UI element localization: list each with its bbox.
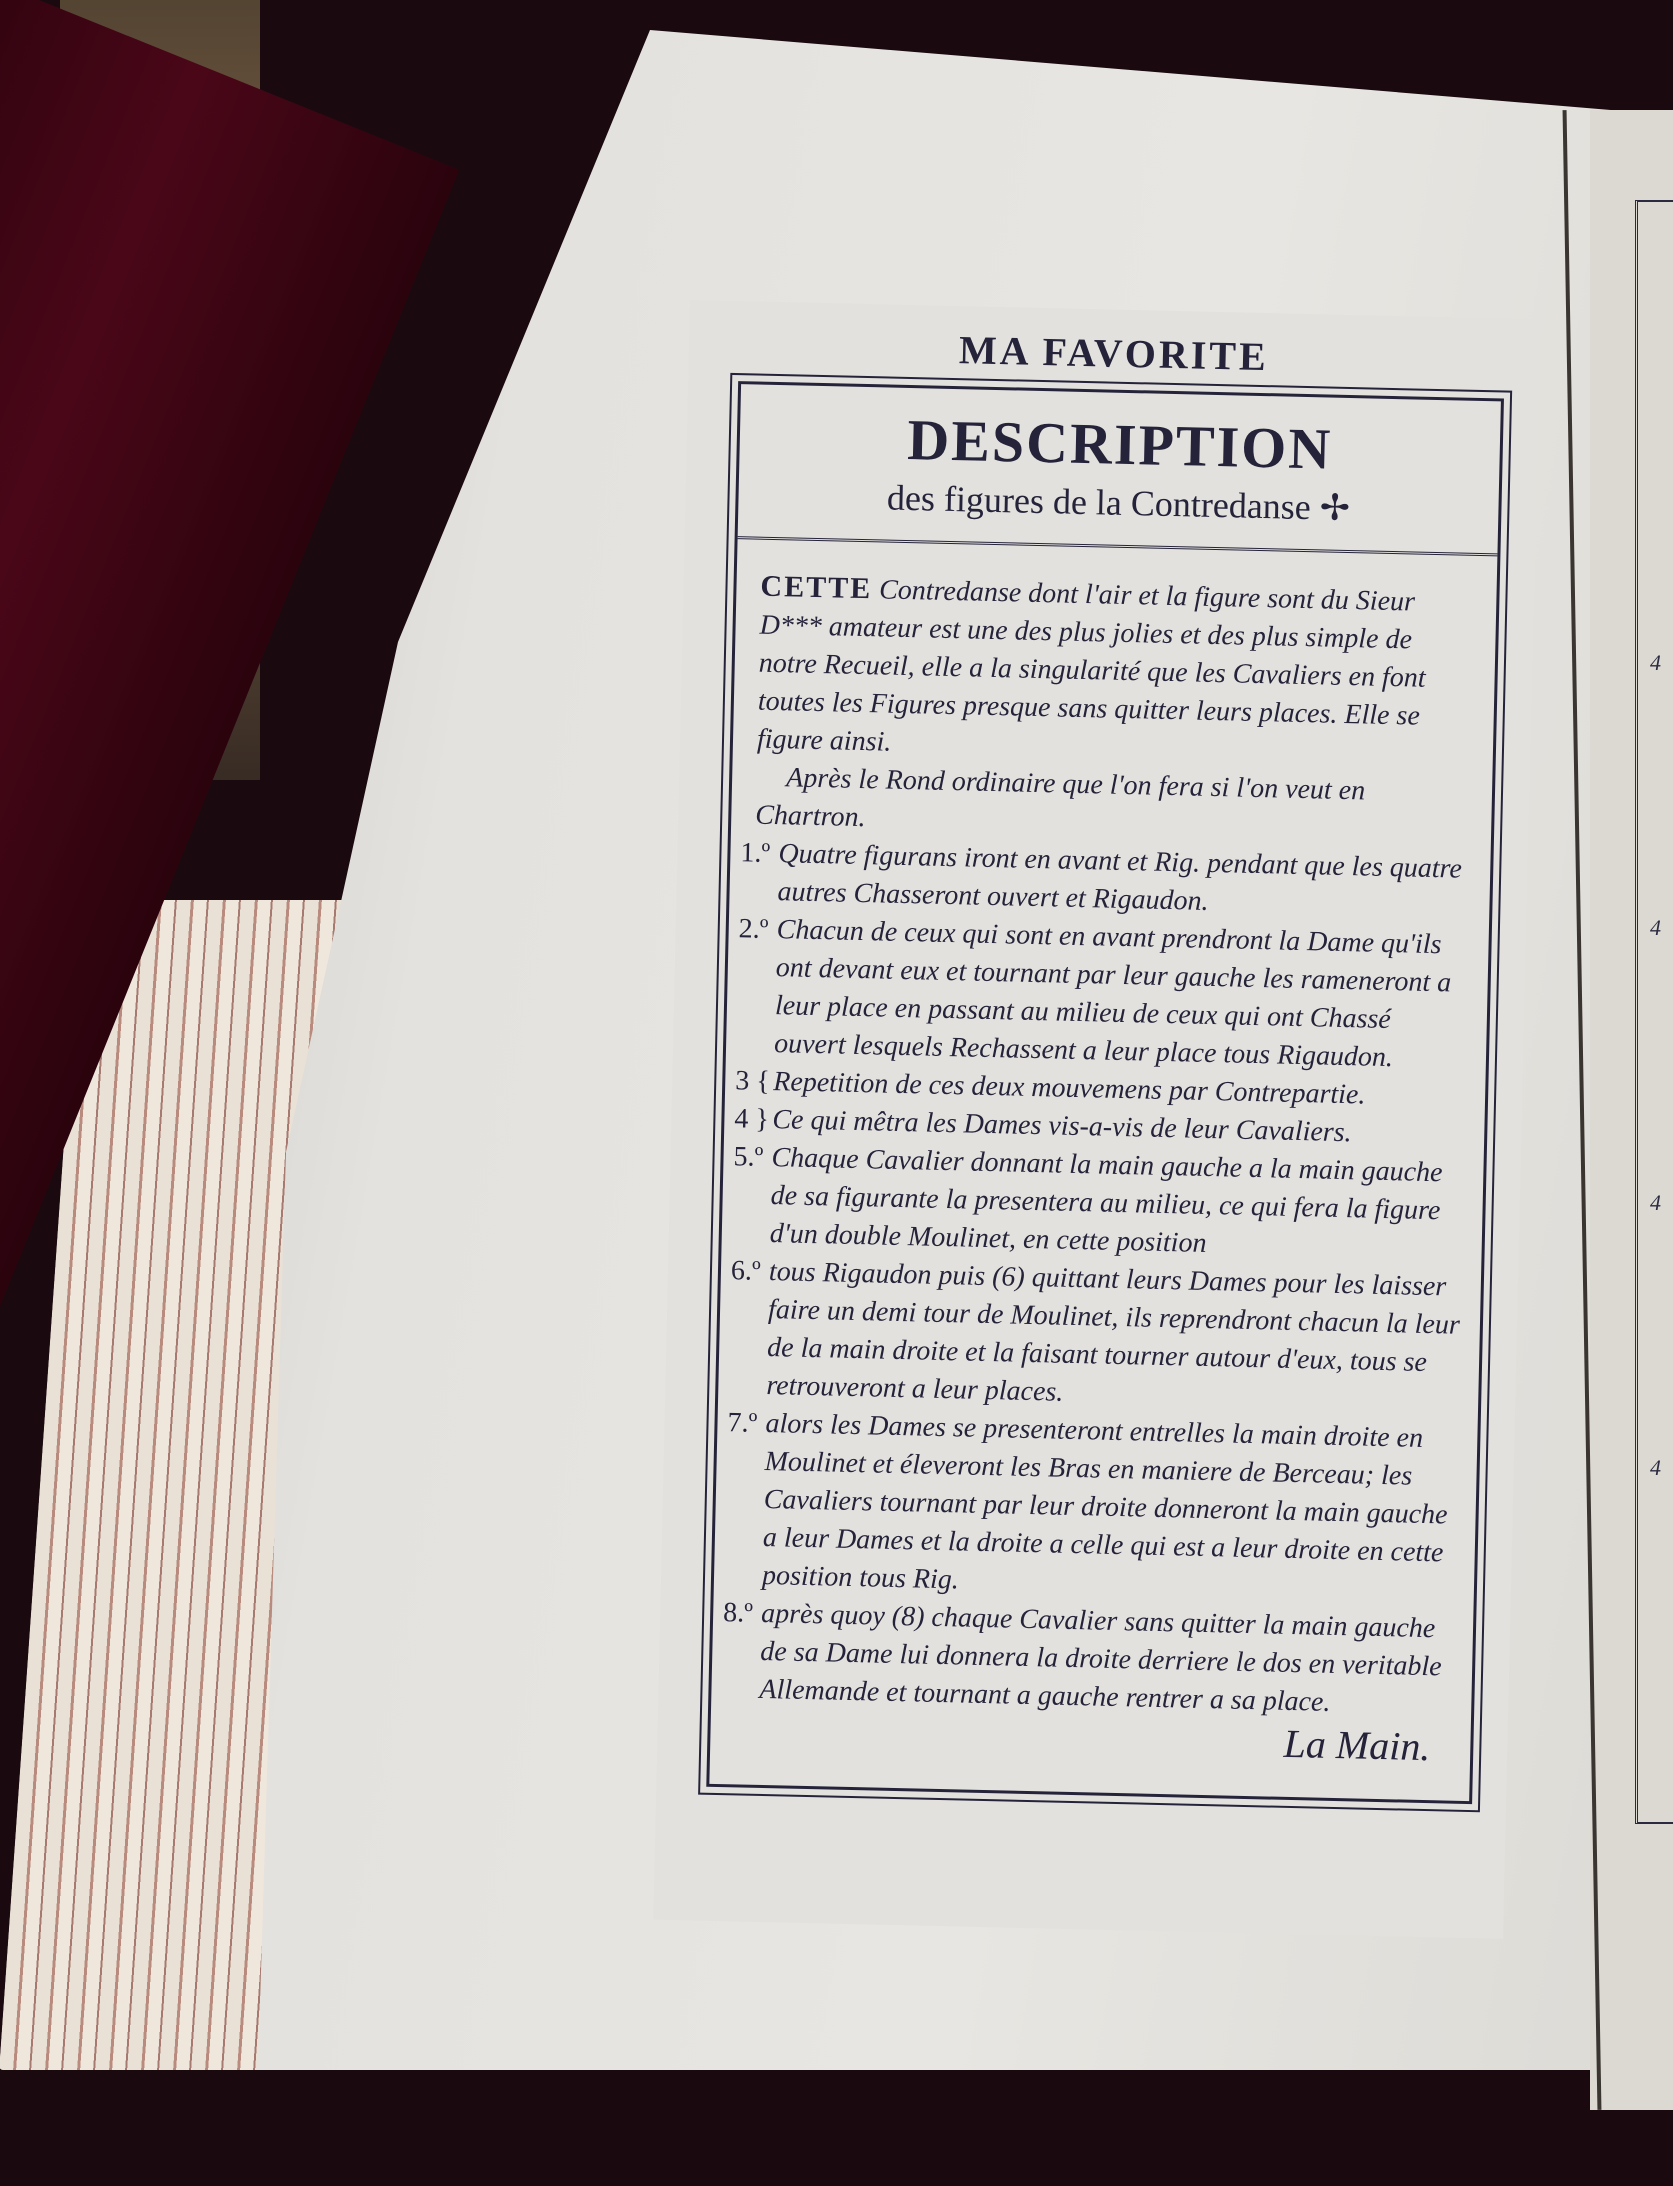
figure-text: Chaque Cavalier donnant la main gauche a… (769, 1139, 1463, 1269)
figure-number: 4 } (734, 1100, 773, 1139)
figure-item: 8.ºaprès quoy (8) chaque Cavalier sans q… (735, 1594, 1453, 1724)
photo-scene: 4 4 4 4 MA FAVORITE DESCRIPTION des figu… (0, 0, 1673, 2186)
description-body: CETTE Contredanse dont l'air et la figur… (711, 539, 1497, 1725)
figure-text: après quoy (8) chaque Cavalier sans quit… (759, 1595, 1453, 1725)
figure-text: alors les Dames se presenteront entrelle… (762, 1405, 1458, 1611)
text-frame: DESCRIPTION des figures de la Contredans… (706, 381, 1504, 1804)
page-title: DESCRIPTION (739, 402, 1500, 486)
engraved-plate: MA FAVORITE DESCRIPTION des figures de l… (653, 300, 1540, 1939)
figure-number: 6.º (728, 1252, 769, 1405)
figure-item: 2.ºChacun de ceux qui sont en avant pren… (750, 911, 1469, 1079)
figure-number: 7.º (724, 1404, 766, 1595)
title-block: DESCRIPTION des figures de la Contredans… (738, 384, 1501, 556)
facing-page-numeral: 4 (1650, 650, 1661, 676)
figure-number: 3 { (735, 1062, 774, 1101)
figure-item: 5.ºChaque Cavalier donnant la main gauch… (745, 1139, 1463, 1269)
facing-page-numeral: 4 (1650, 1455, 1661, 1481)
running-head: MA FAVORITE (688, 320, 1539, 386)
facing-page-numeral: 4 (1650, 1190, 1661, 1216)
facing-page-frame (1635, 200, 1673, 1824)
figure-number: 1.º (739, 834, 779, 911)
figure-text: Chacun de ceux qui sont en avant prendro… (774, 911, 1469, 1079)
figure-item: 6.ºtous Rigaudon puis (6) quittant leurs… (742, 1253, 1461, 1421)
signature: La Main. (1283, 1720, 1431, 1770)
figure-item: 7.ºalors les Dames se presenteront entre… (738, 1404, 1458, 1610)
figure-number: 8.º (721, 1594, 762, 1709)
figure-number: 5.º (731, 1138, 772, 1253)
intro-paragraph: CETTE Contredanse dont l'air et la figur… (757, 568, 1477, 775)
figure-number: 2.º (736, 910, 777, 1063)
facing-page-numeral: 4 (1650, 915, 1661, 941)
intro-lead: CETTE (760, 570, 872, 606)
figure-text: tous Rigaudon puis (6) quittant leurs Da… (766, 1253, 1461, 1421)
